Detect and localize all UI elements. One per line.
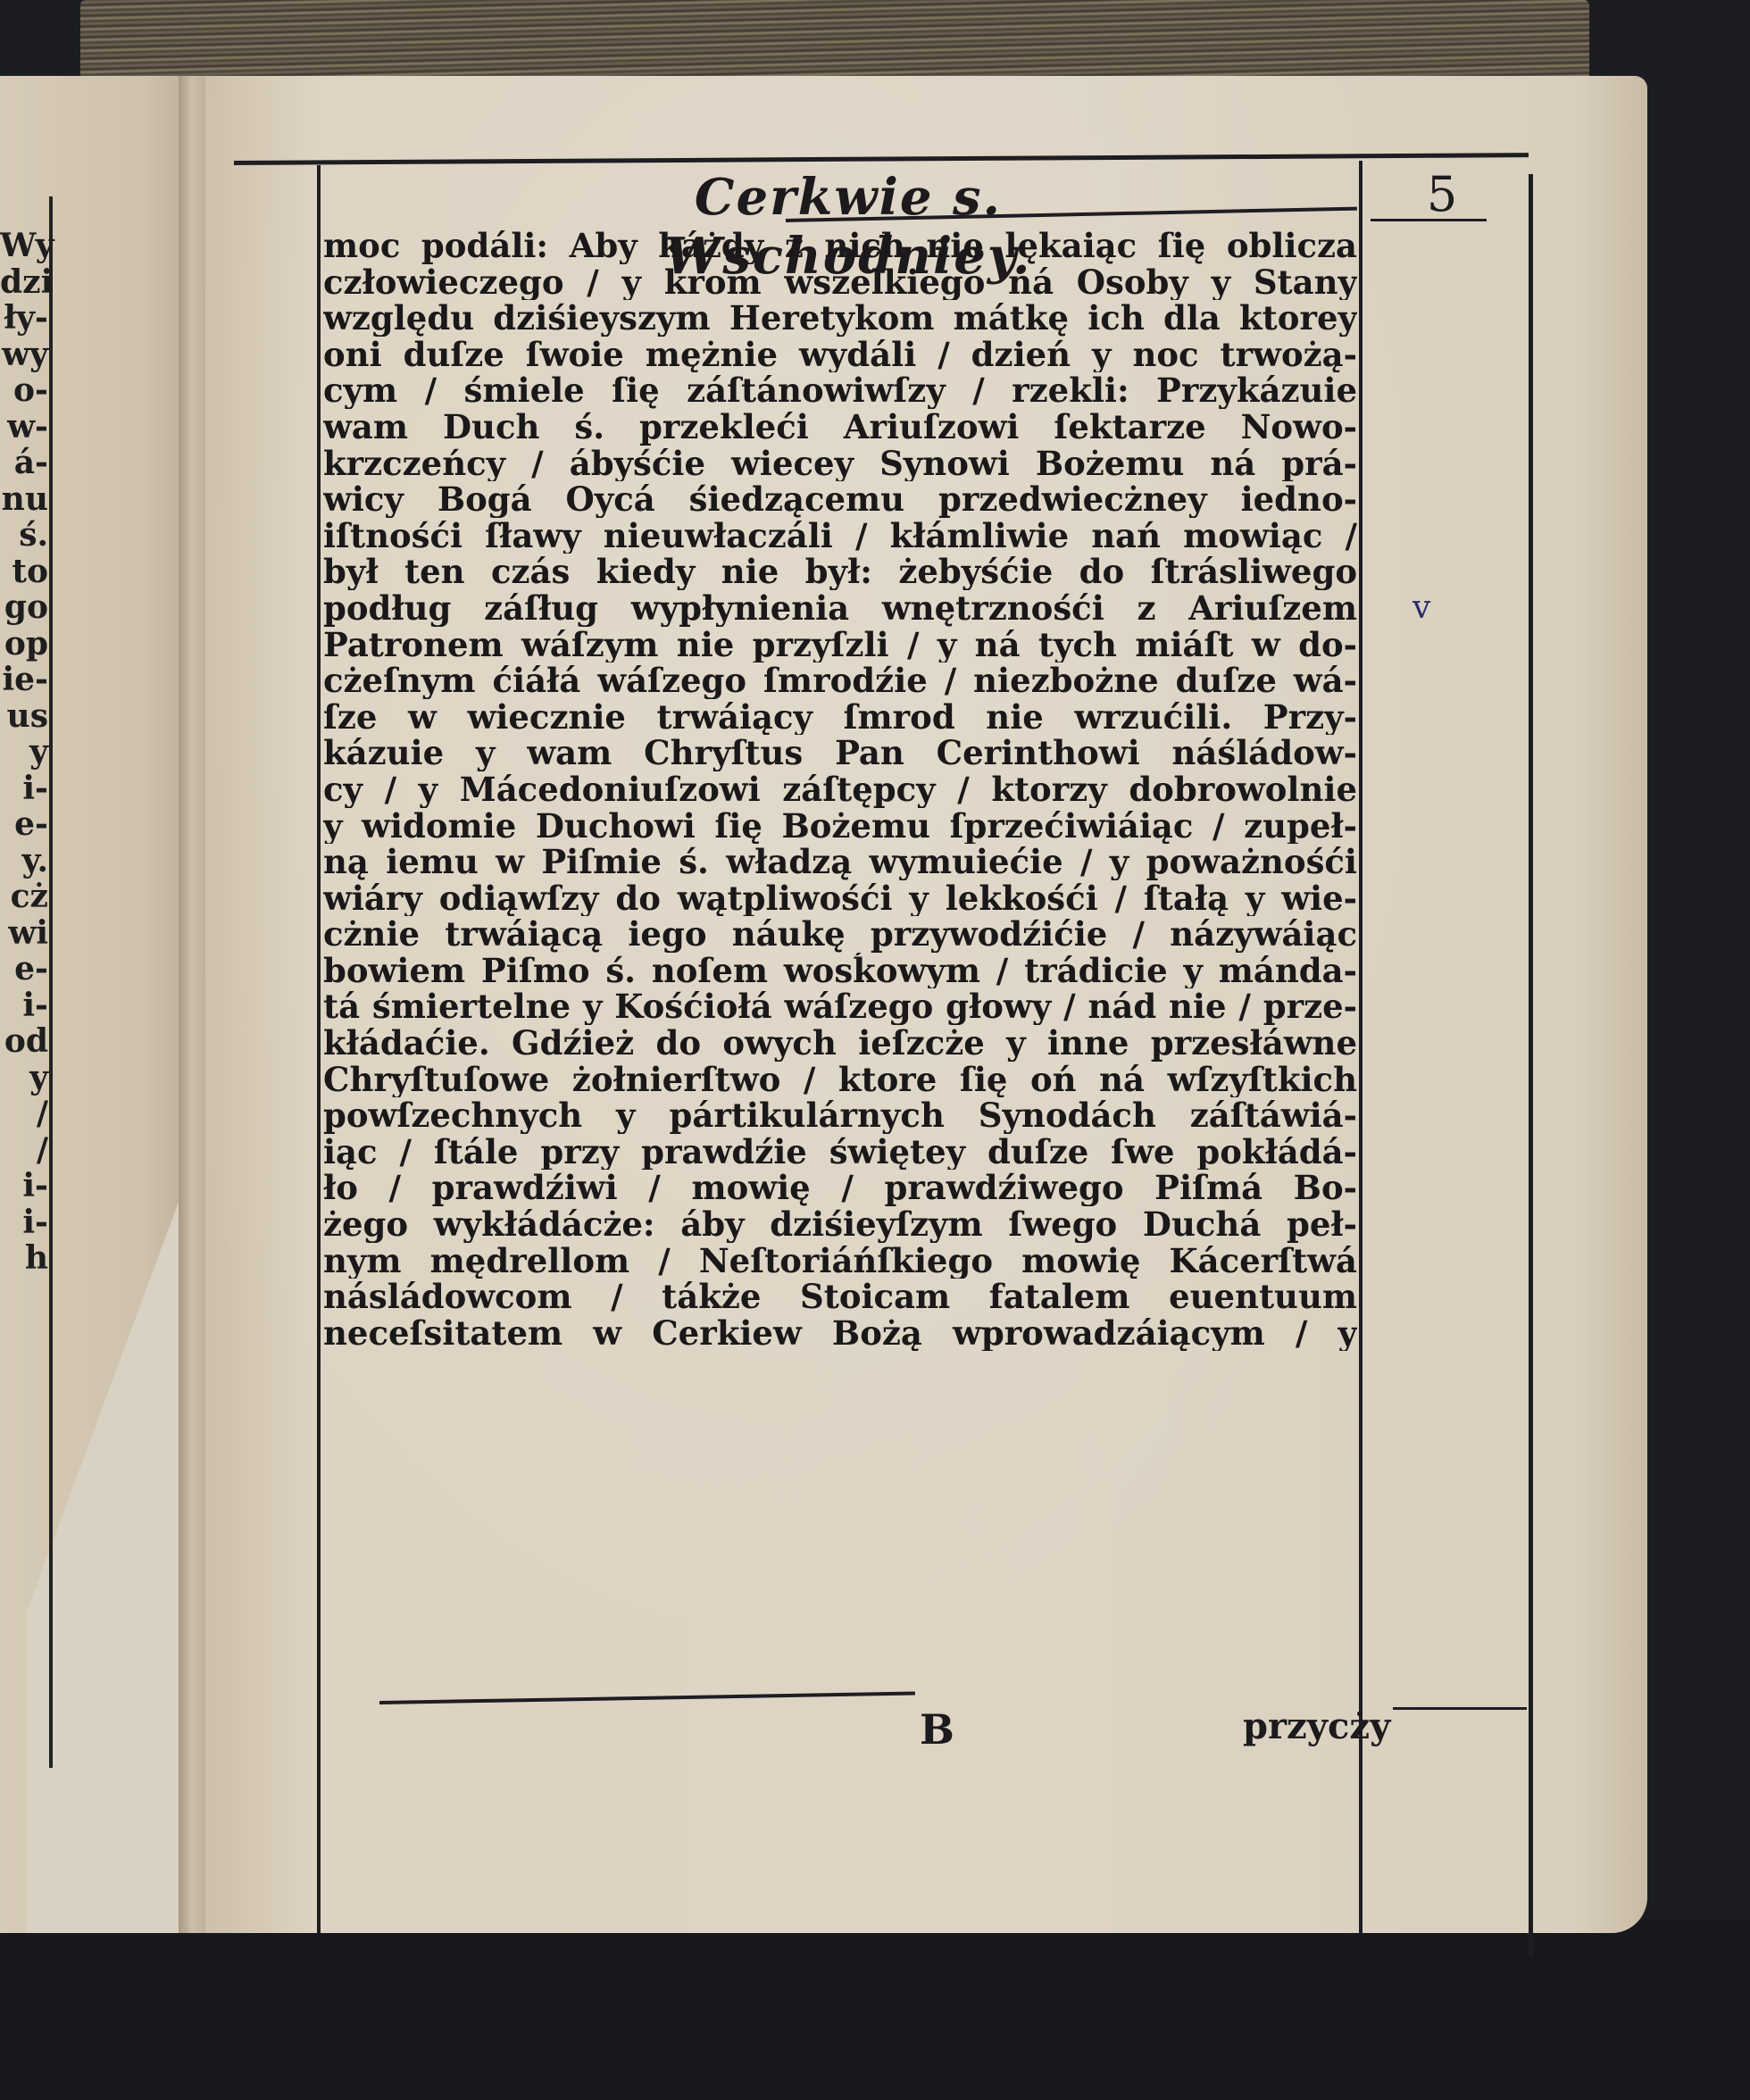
text-line: nym mędrellom / Neſtoriáńſkiego mowię Ká…: [323, 1243, 1357, 1279]
background-dark-right: [1647, 0, 1750, 2100]
facing-page-text-fragments: Wy dzi ły- wy o- w- á- nu ś. to go op ie…: [0, 228, 48, 1277]
catchword-rule: [1393, 1707, 1527, 1710]
book-page-edges: [80, 0, 1589, 82]
catchword: przycży: [1243, 1705, 1390, 1747]
facing-page-frame-rule: [49, 196, 53, 1768]
body-text: moc podáli: Aby káżdy z nich nie lękaiąc…: [323, 228, 1357, 1351]
frame-rule-left: [317, 165, 321, 1933]
text-line: wiáry odiąwſzy do wątpliwośći y lekkośći…: [323, 880, 1357, 917]
text-line: ło / prawdźiwi / mowię / prawdźiwego Piſ…: [323, 1170, 1357, 1206]
book-gutter: [179, 76, 205, 1933]
text-line: cżeſnym ćiáłá wáſzego ſmrodźie / niezboż…: [323, 662, 1357, 699]
text-line: y widomie Duchowi ſię Bożemu ſprzećiwiái…: [323, 808, 1357, 845]
text-line: moc podáli: Aby káżdy z nich nie lękaiąc…: [323, 228, 1357, 264]
text-line: Patronem wáſzym nie przyſzli / y ná tych…: [323, 627, 1357, 663]
text-line: był ten czás kiedy nie był: żebyśćie do …: [323, 554, 1357, 590]
text-line: tá śmiertelne y Kośćiołá wáſzego głowy /…: [323, 988, 1357, 1025]
background-dark-bottom: [0, 1920, 1750, 2100]
text-line: ną iemu w Piſmie ś. władzą wymuiećie / y…: [323, 844, 1357, 880]
text-line: wicy Bogá Oycá śiedzącemu przedwiecżney …: [323, 481, 1357, 518]
page-number: 5: [1420, 166, 1464, 222]
text-line: cżnie trwáiącą iego náukę przywodźićie /…: [323, 916, 1357, 953]
text-line: oni duſze ſwoie mężnie wydáli / dzień y …: [323, 337, 1357, 373]
text-line: wam Duch ś. przekleći Ariuſzowi ſektarze…: [323, 409, 1357, 446]
text-line: powſzechnych y pártikulárnych Synodách z…: [323, 1097, 1357, 1134]
text-line: żego wykłádácże: áby dziśieyſzym ſwego D…: [323, 1206, 1357, 1243]
text-line: bowiem Piſmo ś. noſem wosḱowym / trádici…: [323, 953, 1357, 989]
frame-rule-right: [1359, 161, 1362, 1933]
text-line: násládowcom / tákże Stoicam fatalem euen…: [323, 1279, 1357, 1315]
text-line: cy / y Mácedoniuſzowi záſtępcy / ktorzy …: [323, 771, 1357, 808]
text-line: neceſsitatem w Cerkiew Bożą wprowadzáiąc…: [323, 1315, 1357, 1352]
text-line: Chryſtuſowe żołnierſtwo / ktore ſię oń n…: [323, 1062, 1357, 1098]
text-line: kłádaćie. Gdźież do owych ieſzcże y inne…: [323, 1025, 1357, 1062]
frame-rule-outer: [1529, 174, 1533, 1955]
text-line: iſtnośći ſławy nieuwłaczáli / kłámliwie …: [323, 518, 1357, 554]
text-line: cym / śmiele ſię záſtánowiwſzy / rzekli:…: [323, 372, 1357, 409]
text-line: kázuie y wam Chryſtus Pan Cerinthowi náś…: [323, 735, 1357, 771]
text-line: ſze w wiecznie trwáiący ſmrod nie wrzući…: [323, 699, 1357, 736]
signature-mark: B: [920, 1705, 954, 1754]
text-line: iąc / ſtále przy prawdźie świętey duſze …: [323, 1134, 1357, 1171]
text-line: względu dziśieyszym Heretykom mátkę ich …: [323, 300, 1357, 337]
text-line: człowieczego / y krom wszelkiego ná Osob…: [323, 264, 1357, 301]
text-line: krzczeńcy / ábyśćie wiecey Synowi Bożemu…: [323, 446, 1357, 482]
margin-pen-mark: v: [1412, 589, 1430, 626]
text-line: podług záſług wypłynienia wnętrznośći z …: [323, 590, 1357, 627]
page-number-rule: [1371, 219, 1487, 221]
